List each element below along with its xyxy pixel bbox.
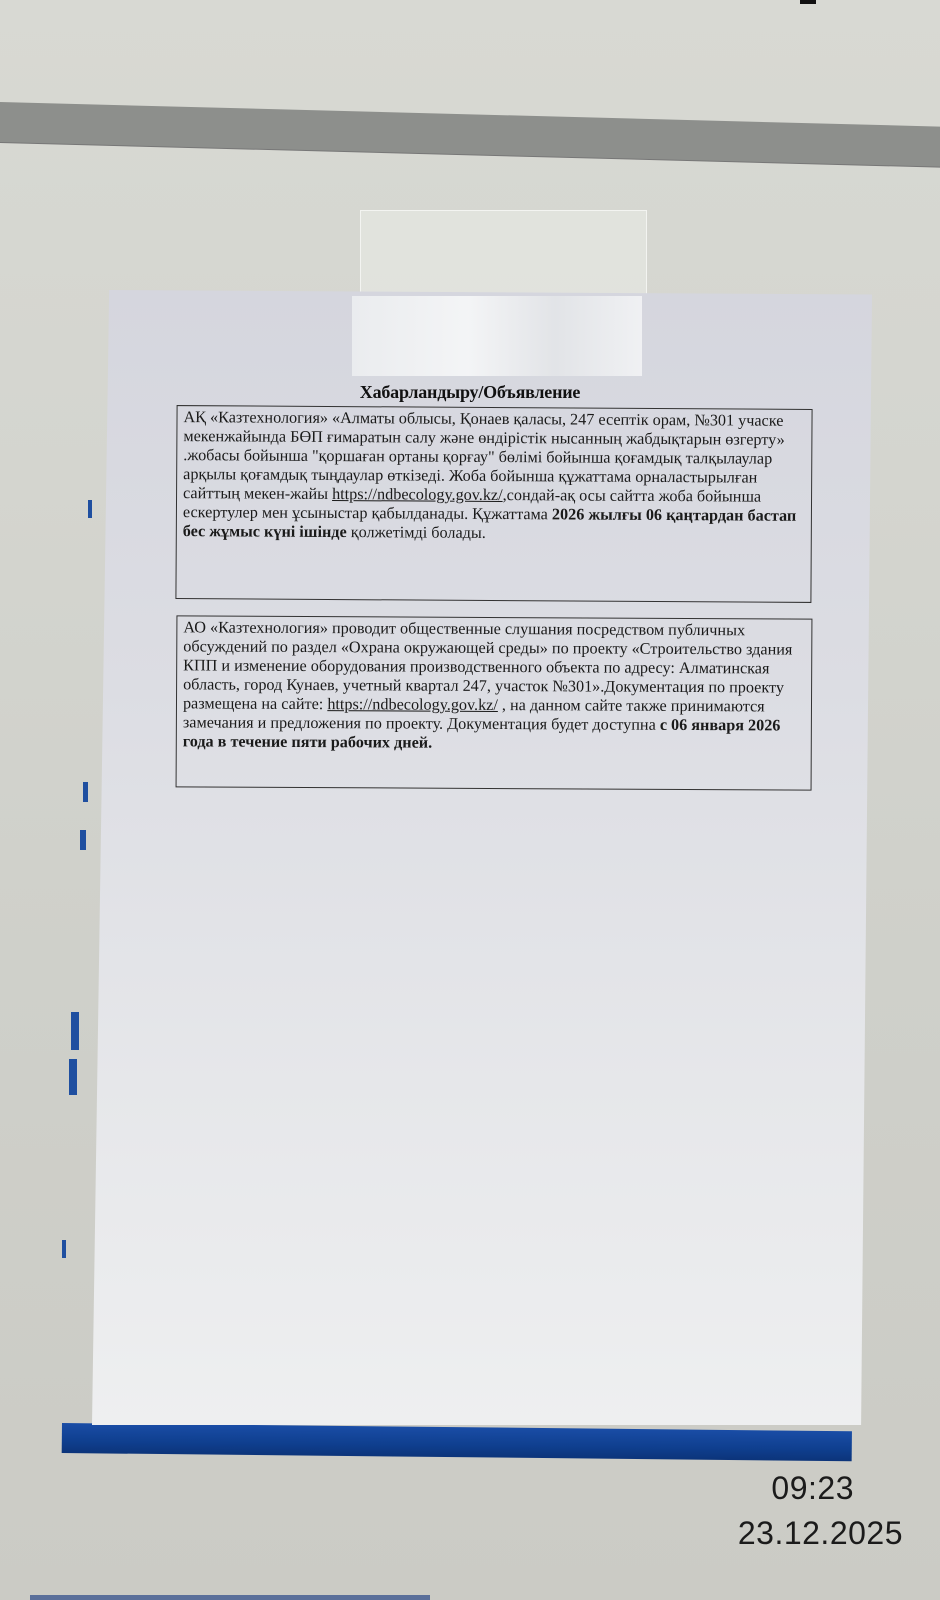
folder-edge-blue: [62, 1240, 66, 1258]
folder-edge-blue: [69, 1059, 77, 1095]
kazakh-website-link: https://ndbecology.gov.kz/: [332, 485, 503, 504]
photo-timestamp-date: 23.12.2025: [738, 1515, 903, 1552]
russian-website-link: https://ndbecology.gov.kz/: [327, 695, 498, 714]
notice-kazakh-block: АҚ «Казтехнология» «Алматы облысы, Қонае…: [175, 405, 812, 603]
photo-timestamp-time: 09:23: [771, 1470, 854, 1507]
notice-russian-block: АО «Казтехнология» проводит общественные…: [176, 615, 813, 790]
folder-edge-blue: [80, 830, 86, 850]
wall-stripe: [0, 102, 940, 167]
folder-bottom-edge-lower: [30, 1595, 430, 1600]
notice-title: Хабарландыру/Объявление: [0, 382, 940, 403]
folder-bottom-edge: [62, 1423, 852, 1461]
folder-edge-blue: [71, 1012, 79, 1050]
wall-tape-residue: [360, 210, 647, 302]
dark-corner-object: [800, 0, 816, 4]
folder-edge-blue: [83, 782, 88, 802]
paper-tape: [352, 296, 642, 376]
kazakh-text-3: қолжетімді болады.: [347, 523, 486, 542]
folder-edge-blue: [88, 500, 92, 518]
